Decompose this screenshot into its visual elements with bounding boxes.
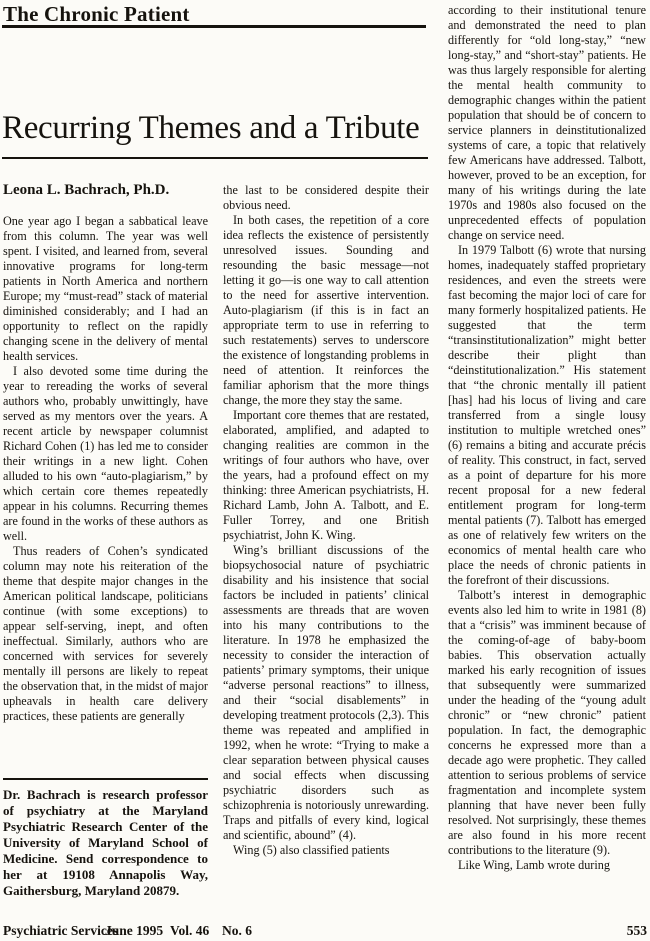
body-paragraph: Wing’s brilliant discussions of the biop… xyxy=(223,543,429,843)
text-column-3: according to their institutional tenure … xyxy=(448,3,646,909)
header-divider xyxy=(2,25,426,28)
issue-number-label: No. 6 xyxy=(222,923,252,939)
text-column-1: Leona L. Bachrach, Ph.D. One year ago I … xyxy=(3,183,208,775)
page-footer: Psychiatric Services June 1995 Vol. 46 N… xyxy=(0,923,650,941)
body-paragraph: the last to be considered despite their … xyxy=(223,183,429,213)
body-paragraph: In 1979 Talbott (6) wrote that nursing h… xyxy=(448,243,646,588)
body-paragraph: I also devoted some time during the year… xyxy=(3,364,208,544)
author-affiliation-footnote: Dr. Bachrach is research professor of ps… xyxy=(3,778,208,899)
volume-label: Vol. 46 xyxy=(170,923,209,939)
body-paragraph: Important core themes that are restated,… xyxy=(223,408,429,543)
body-paragraph: Wing (5) also classified patients xyxy=(223,843,429,858)
body-paragraph: One year ago I began a sabbatical leave … xyxy=(3,214,208,364)
body-paragraph: Thus readers of Cohen’s syndicated colum… xyxy=(3,544,208,724)
journal-name: Psychiatric Services xyxy=(3,923,118,939)
section-label: The Chronic Patient xyxy=(3,2,190,27)
body-paragraph: In both cases, the repetition of a core … xyxy=(223,213,429,408)
title-divider xyxy=(2,157,428,159)
journal-article-page: The Chronic Patient Recurring Themes and… xyxy=(0,0,650,941)
issue-date: June 1995 xyxy=(105,923,163,939)
text-column-2: the last to be considered despite their … xyxy=(223,183,429,909)
body-paragraph: according to their institutional tenure … xyxy=(448,3,646,243)
article-title: Recurring Themes and a Tribute xyxy=(2,110,432,147)
body-paragraph: Talbott’s interest in demographic events… xyxy=(448,588,646,858)
body-paragraph: Like Wing, Lamb wrote during xyxy=(448,858,646,873)
author-byline: Leona L. Bachrach, Ph.D. xyxy=(3,183,208,198)
page-number: 553 xyxy=(627,923,647,939)
